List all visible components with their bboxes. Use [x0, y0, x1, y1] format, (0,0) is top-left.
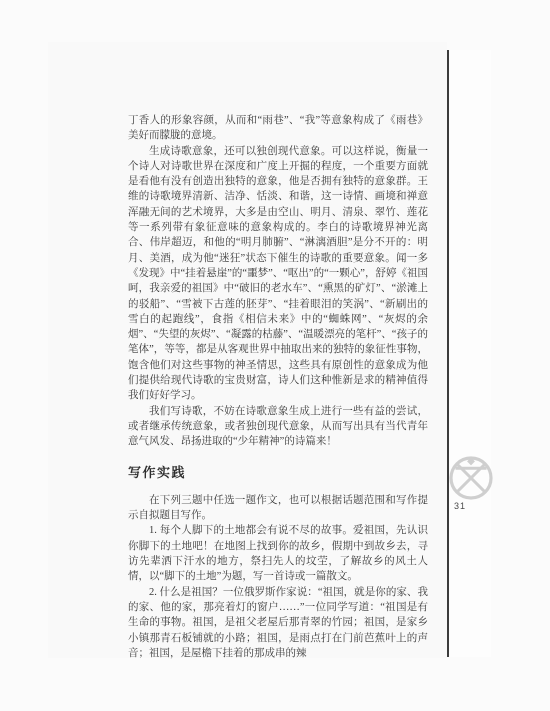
paragraph-continuation: 丁香人的形象容颜，从而和“雨巷”、“我”等意象构成了《雨巷》美好而朦胧的意境。 — [128, 113, 428, 144]
scanned-textbook-page: { "page": { "number": "31" }, "icons": {… — [0, 0, 550, 711]
page-number: 31 — [454, 501, 466, 511]
publisher-logo-icon — [448, 455, 494, 501]
page-edge-line — [447, 50, 449, 657]
paragraph: 生成诗歌意象，还可以独创现代意象。可以这样说，衡量一个诗人对诗歌世界在深度和广度… — [128, 144, 428, 404]
paragraph-practice-item-1: 1. 每个人脚下的土地都会有说不尽的故事。爱祖国，先认识你脚下的土地吧！在地图上… — [128, 523, 428, 584]
section-title: 写作实践 — [128, 465, 428, 480]
adjacent-page-edge — [449, 50, 491, 657]
paragraph: 我们写诗歌，不妨在诗歌意象生成上进行一些有益的尝试，或者继承传统意象，或者独创现… — [128, 404, 428, 450]
page-text: 丁香人的形象容颜，从而和“雨巷”、“我”等意象构成了《雨巷》美好而朦胧的意境。 … — [128, 113, 428, 661]
paragraph-practice-item-2: 2. 什么是祖国？一位俄罗斯作家说：“祖国，就是你的家、我的家、他的家，那亮着灯… — [128, 585, 428, 661]
paragraph-practice-intro: 在下列三题中任选一题作文，也可以根据话题范围和写作提示自拟题目写作。 — [128, 493, 428, 524]
